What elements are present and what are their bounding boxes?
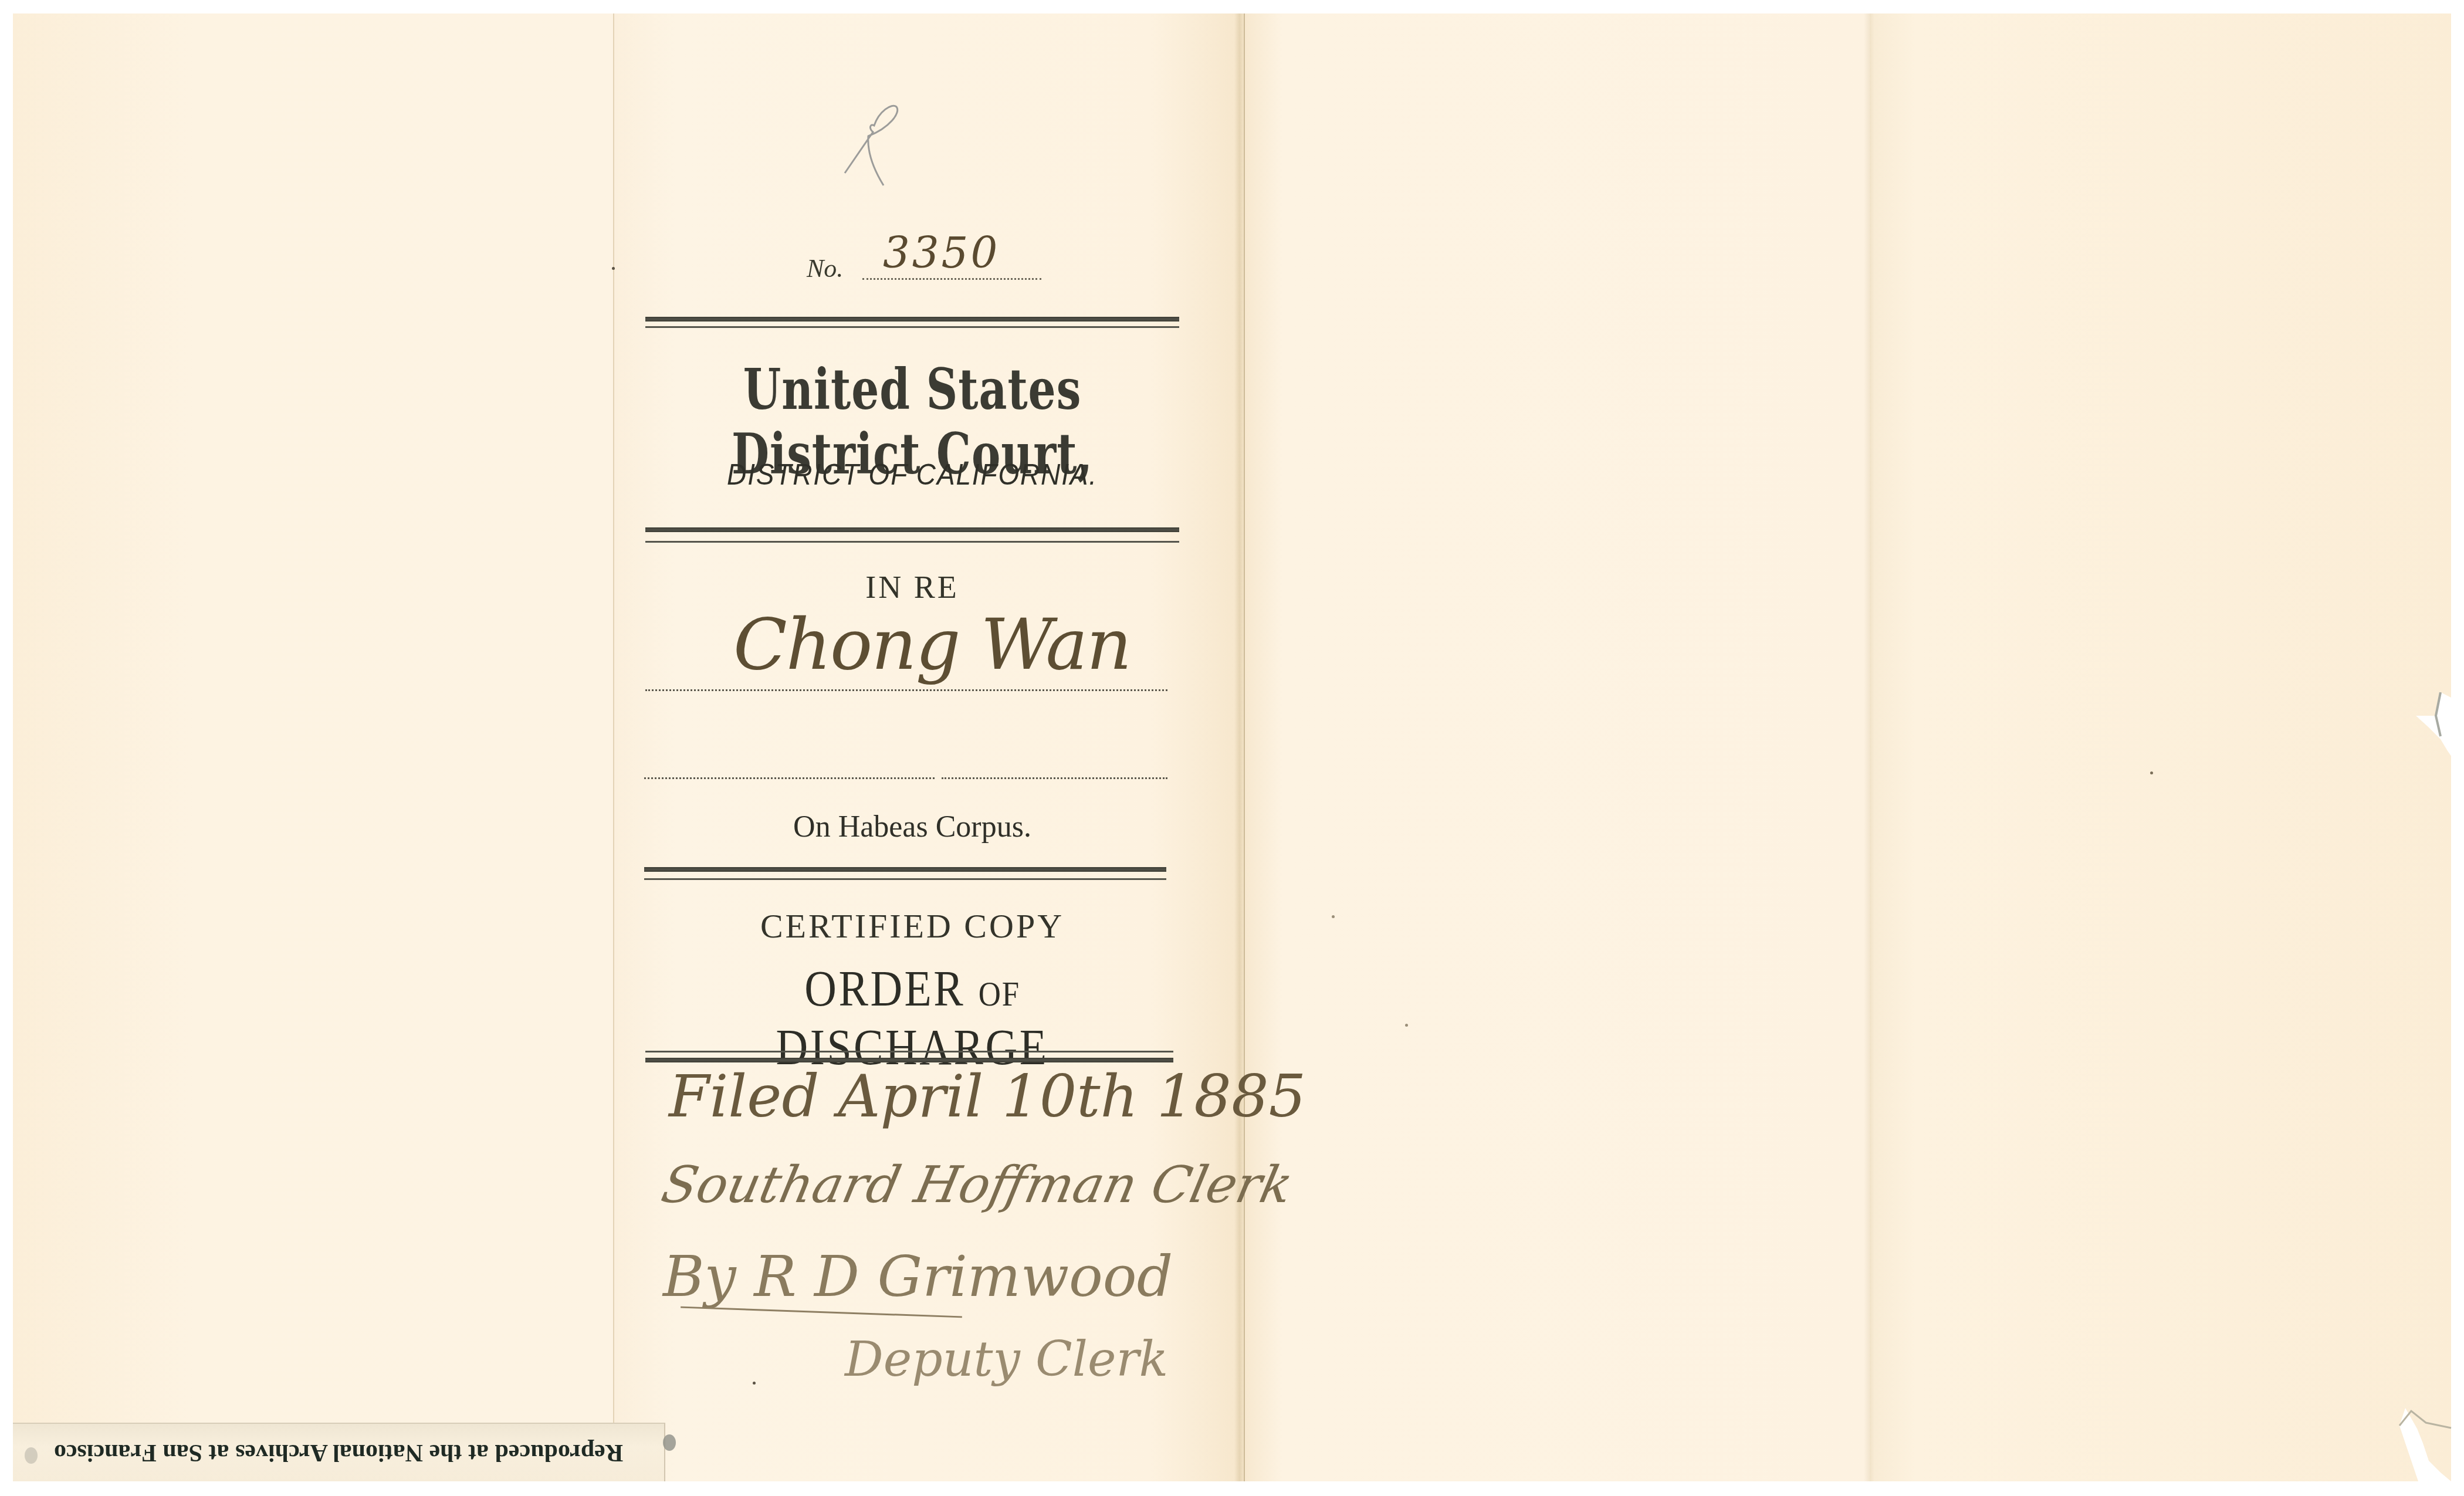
fold-line-center — [1244, 13, 1245, 1481]
tape-residue — [663, 1434, 676, 1451]
speck — [1332, 915, 1335, 918]
document-sheet — [13, 13, 2451, 1481]
rule-thin-4 — [645, 1051, 1173, 1052]
case-number-label: No. — [807, 253, 843, 283]
name-dotted-line-2a — [644, 777, 935, 779]
rule-thick-top — [645, 317, 1179, 321]
right-panel-blank-a — [1245, 13, 1870, 1481]
district-name: DISTRICT OF CALIFORNIA. — [666, 458, 1157, 492]
edge-tear-upper — [2382, 692, 2464, 774]
left-panel-blank — [13, 13, 613, 1481]
fold-line-left — [613, 13, 614, 1481]
archive-reproduction-label: Reproduced at the National Archives at S… — [13, 1423, 665, 1481]
petitioner-name-handwritten: Chong Wan — [733, 604, 1144, 686]
rule-thin-top — [645, 326, 1179, 328]
rule-thin-2 — [645, 541, 1179, 543]
pencil-r-mark — [833, 100, 903, 194]
archive-label-text: Reproduced at the National Archives at S… — [13, 1424, 664, 1481]
fold-shadow-right — [1864, 13, 1874, 1481]
clerk-name-handwritten: Southard Hoffman Clerk — [656, 1156, 1298, 1214]
rule-thick-3 — [644, 867, 1166, 872]
right-panel-blank-b — [1870, 13, 2451, 1481]
speck — [2150, 771, 2153, 774]
document-title-order: ORDER — [804, 960, 965, 1017]
case-number-value: 3350 — [883, 228, 1000, 277]
proceeding-type: On Habeas Corpus. — [645, 810, 1179, 844]
case-number-field: No. 3350 — [807, 226, 1041, 290]
certified-copy-label: CERTIFIED COPY — [645, 906, 1179, 946]
document-title-of: OF — [979, 974, 1020, 1013]
speck — [1405, 1024, 1408, 1027]
name-dotted-line-2b — [942, 777, 1167, 779]
rule-thick-2 — [645, 527, 1179, 532]
edge-tear-lower — [2394, 1408, 2464, 1496]
deputy-clerk-title-handwritten: Deputy Clerk — [845, 1332, 1168, 1387]
case-number-dotted-line — [862, 278, 1041, 280]
name-dotted-line-1 — [645, 689, 1167, 691]
filed-date-handwritten: Filed April 10th 1885 — [669, 1062, 1306, 1131]
tape-residue — [25, 1447, 38, 1464]
in-re-label: IN RE — [645, 569, 1179, 605]
speck — [612, 267, 615, 270]
rule-thin-3 — [644, 878, 1166, 880]
speck — [753, 1382, 756, 1385]
deputy-signature-handwritten: By R D Grimwood — [663, 1244, 1173, 1309]
